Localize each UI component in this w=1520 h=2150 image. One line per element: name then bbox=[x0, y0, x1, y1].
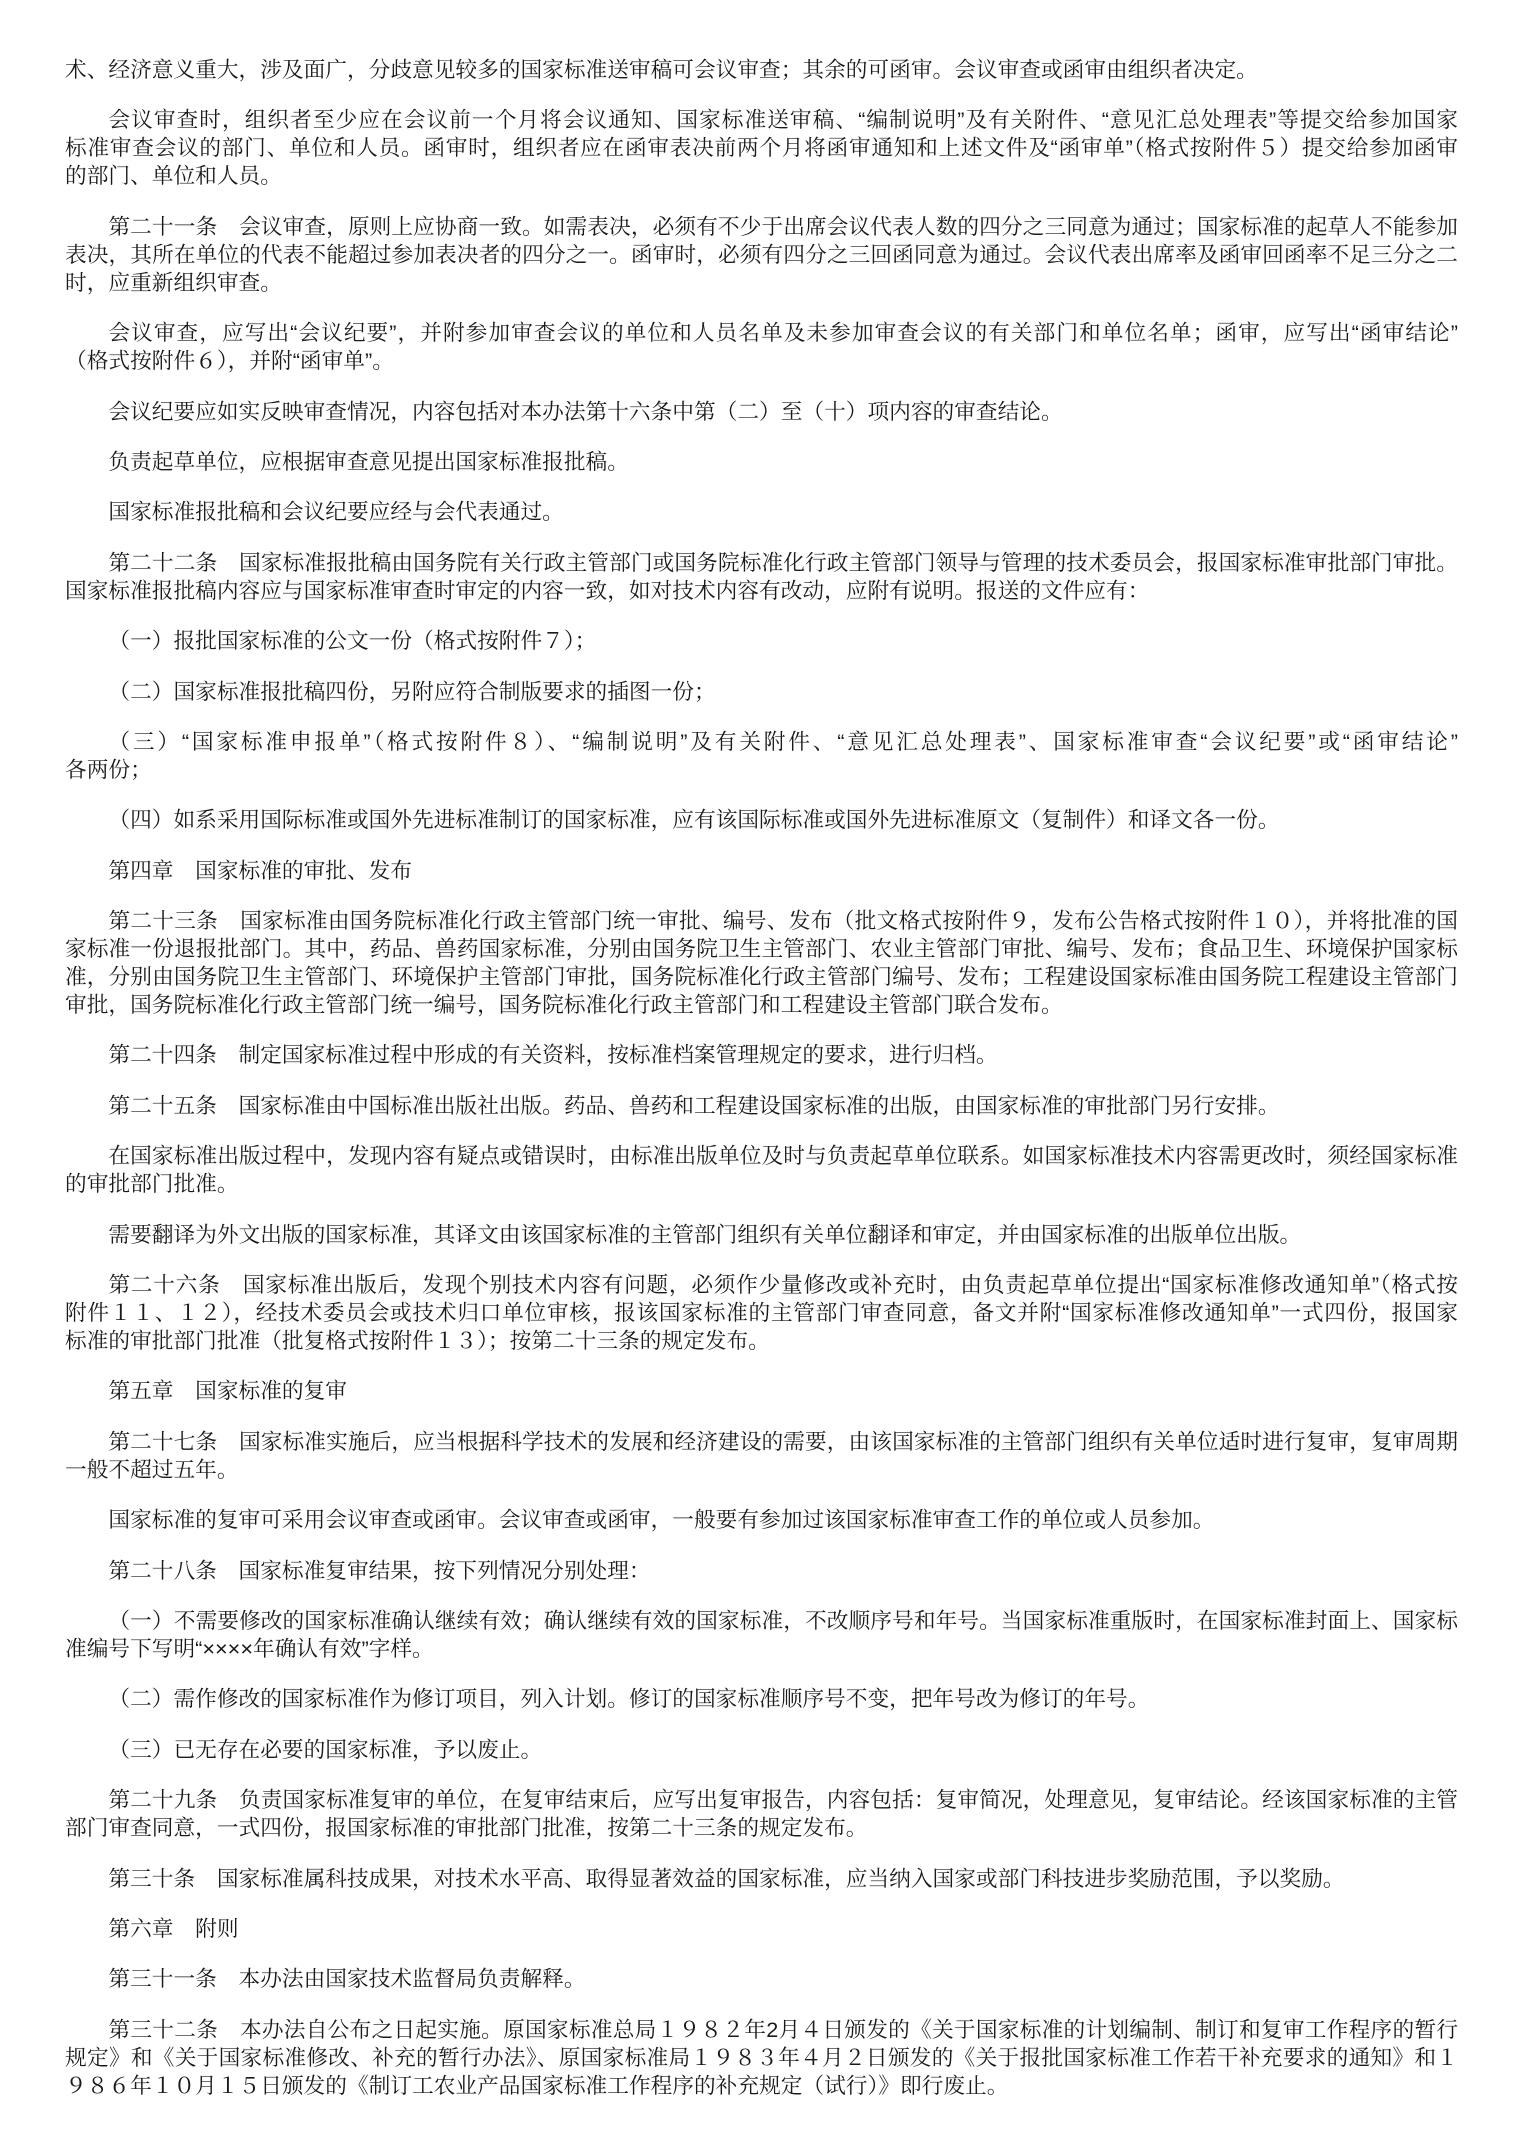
text-line: 时，应重新组织审查。 bbox=[65, 269, 1458, 297]
text-line: （四）如系采用国际标准或国外先进标准制订的国家标准，应有该国际标准或国外先进标准… bbox=[65, 806, 1458, 834]
text-line: 会议审查时，组织者至少应在会议前一个月将会议通知、国家标准送审稿、“编制说明”及… bbox=[65, 106, 1458, 134]
paragraph-translation: 需要翻译为外文出版的国家标准，其译文由该国家标准的主管部门组织有关单位翻译和审定… bbox=[65, 1221, 1458, 1249]
text-line: 国家标准的复审可采用会议审查或函审。会议审查或函审，一般要有参加过该国家标准审查… bbox=[65, 1506, 1458, 1534]
article-28-item-1: （一）不需要修改的国家标准确认继续有效；确认继续有效的国家标准，不改顺序号和年号… bbox=[65, 1607, 1458, 1663]
text-line: 第三十二条 本办法自公布之日起实施。原国家标准总局１９８２年2月４日颁发的《关于… bbox=[65, 2016, 1458, 2044]
article-31: 第三十一条 本办法由国家技术监督局负责解释。 bbox=[65, 1965, 1458, 1993]
paragraph-publishing-errors: 在国家标准出版过程中，发现内容有疑点或错误时，由标准出版单位及时与负责起草单位联… bbox=[65, 1142, 1458, 1198]
article-29: 第二十九条 负责国家标准复审的单位，在复审结束后，应写出复审报告，内容包括：复审… bbox=[65, 1786, 1458, 1842]
chapter-4-heading: 第四章 国家标准的审批、发布 bbox=[65, 857, 1458, 885]
text-line: 的审批部门批准。 bbox=[65, 1170, 1458, 1198]
text-line: 审批，国务院标准化行政主管部门统一编号，国务院标准化行政主管部门和工程建设主管部… bbox=[65, 991, 1458, 1019]
text-line: 表决，其所在单位的代表不能超过参加表决者的四分之一。函审时，必须有四分之三回函同… bbox=[65, 241, 1458, 269]
text-line: 第二十八条 国家标准复审结果，按下列情况分别处理： bbox=[65, 1557, 1458, 1585]
paragraph-review-notice: 会议审查时，组织者至少应在会议前一个月将会议通知、国家标准送审稿、“编制说明”及… bbox=[65, 106, 1458, 190]
text-line: （一）不需要修改的国家标准确认继续有效；确认继续有效的国家标准，不改顺序号和年号… bbox=[65, 1607, 1458, 1635]
text-line: 的部门、单位和人员。 bbox=[65, 162, 1458, 190]
chapter-5-heading: 第五章 国家标准的复审 bbox=[65, 1377, 1458, 1405]
text-line: 家标准一份退报批部门。其中，药品、兽药国家标准，分别由国务院卫生主管部门、农业主… bbox=[65, 935, 1458, 963]
paragraph-minutes-content: 会议纪要应如实反映审查情况，内容包括对本办法第十六条中第（二）至（十）项内容的审… bbox=[65, 398, 1458, 426]
article-26: 第二十六条 国家标准出版后，发现个别技术内容有问题，必须作少量修改或补充时，由负… bbox=[65, 1271, 1458, 1355]
text-line: 第二十六条 国家标准出版后，发现个别技术内容有问题，必须作少量修改或补充时，由负… bbox=[65, 1271, 1458, 1299]
text-line: 第六章 附则 bbox=[65, 1915, 1458, 1943]
article-28-item-2: （二）需作修改的国家标准作为修订项目，列入计划。修订的国家标准顺序号不变，把年号… bbox=[65, 1685, 1458, 1713]
text-line: 第二十五条 国家标准由中国标准出版社出版。药品、兽药和工程建设国家标准的出版，由… bbox=[65, 1092, 1458, 1120]
paragraph-approval-draft-pass: 国家标准报批稿和会议纪要应经与会代表通过。 bbox=[65, 498, 1458, 526]
text-line: 规定》和《关于国家标准修改、补充的暂行办法》、原国家标准局１９８３年４月２日颁发… bbox=[65, 2044, 1458, 2072]
text-line: （二）需作修改的国家标准作为修订项目，列入计划。修订的国家标准顺序号不变，把年号… bbox=[65, 1685, 1458, 1713]
paragraph-continuation: 术、经济意义重大，涉及面广，分歧意见较多的国家标准送审稿可会议审查；其余的可函审… bbox=[65, 56, 1458, 84]
text-line: 会议纪要应如实反映审查情况，内容包括对本办法第十六条中第（二）至（十）项内容的审… bbox=[65, 398, 1458, 426]
text-line: 第四章 国家标准的审批、发布 bbox=[65, 857, 1458, 885]
document-body: 术、经济意义重大，涉及面广，分歧意见较多的国家标准送审稿可会议审查；其余的可函审… bbox=[65, 56, 1458, 2100]
text-line: 各两份； bbox=[65, 756, 1458, 784]
text-line: 需要翻译为外文出版的国家标准，其译文由该国家标准的主管部门组织有关单位翻译和审定… bbox=[65, 1221, 1458, 1249]
text-line: 第二十二条 国家标准报批稿由国务院有关行政主管部门或国务院标准化行政主管部门领导… bbox=[65, 549, 1458, 577]
paragraph-meeting-minutes: 会议审查，应写出“会议纪要”，并附参加审查会议的单位和人员名单及未参加审查会议的… bbox=[65, 319, 1458, 375]
text-line: 一般不超过五年。 bbox=[65, 1456, 1458, 1484]
text-line: （三）已无存在必要的国家标准，予以废止。 bbox=[65, 1736, 1458, 1764]
text-line: 国家标准报批稿内容应与国家标准审查时审定的内容一致，如对技术内容有改动，应附有说… bbox=[65, 577, 1458, 605]
text-line: 会议审查，应写出“会议纪要”，并附参加审查会议的单位和人员名单及未参加审查会议的… bbox=[65, 319, 1458, 347]
text-line: 第二十四条 制定国家标准过程中形成的有关资料，按标准档案管理规定的要求，进行归档… bbox=[65, 1041, 1458, 1069]
text-line: 在国家标准出版过程中，发现内容有疑点或错误时，由标准出版单位及时与负责起草单位联… bbox=[65, 1142, 1458, 1170]
article-24: 第二十四条 制定国家标准过程中形成的有关资料，按标准档案管理规定的要求，进行归档… bbox=[65, 1041, 1458, 1069]
text-line: 准，分别由国务院卫生主管部门、环境保护主管部门审批，国务院标准化行政主管部门编号… bbox=[65, 963, 1458, 991]
text-line: 标准的审批部门批准（批复格式按附件１３）；按第二十三条的规定发布。 bbox=[65, 1327, 1458, 1355]
text-line: 第二十三条 国家标准由国务院标准化行政主管部门统一审批、编号、发布（批文格式按附… bbox=[65, 907, 1458, 935]
article-22-item-4: （四）如系采用国际标准或国外先进标准制订的国家标准，应有该国际标准或国外先进标准… bbox=[65, 806, 1458, 834]
text-line: 负责起草单位，应根据审查意见提出国家标准报批稿。 bbox=[65, 448, 1458, 476]
text-line: （一）报批国家标准的公文一份（格式按附件７）； bbox=[65, 627, 1458, 655]
paragraph-drafting-unit: 负责起草单位，应根据审查意见提出国家标准报批稿。 bbox=[65, 448, 1458, 476]
article-28-item-3: （三）已无存在必要的国家标准，予以废止。 bbox=[65, 1736, 1458, 1764]
paragraph-review-method: 国家标准的复审可采用会议审查或函审。会议审查或函审，一般要有参加过该国家标准审查… bbox=[65, 1506, 1458, 1534]
text-line: （二）国家标准报批稿四份，另附应符合制版要求的插图一份； bbox=[65, 678, 1458, 706]
article-25: 第二十五条 国家标准由中国标准出版社出版。药品、兽药和工程建设国家标准的出版，由… bbox=[65, 1092, 1458, 1120]
article-22-item-3: （三）“国家标准申报单”（格式按附件８）、“编制说明”及有关附件、“意见汇总处理… bbox=[65, 728, 1458, 784]
article-22-item-1: （一）报批国家标准的公文一份（格式按附件７）； bbox=[65, 627, 1458, 655]
article-23: 第二十三条 国家标准由国务院标准化行政主管部门统一审批、编号、发布（批文格式按附… bbox=[65, 907, 1458, 1019]
text-line: 第二十一条 会议审查，原则上应协商一致。如需表决，必须有不少于出席会议代表人数的… bbox=[65, 213, 1458, 241]
text-line: 部门审查同意，一式四份，报国家标准的审批部门批准，按第二十三条的规定发布。 bbox=[65, 1814, 1458, 1842]
article-28: 第二十八条 国家标准复审结果，按下列情况分别处理： bbox=[65, 1557, 1458, 1585]
text-line: （三）“国家标准申报单”（格式按附件８）、“编制说明”及有关附件、“意见汇总处理… bbox=[65, 728, 1458, 756]
text-line: 术、经济意义重大，涉及面广，分歧意见较多的国家标准送审稿可会议审查；其余的可函审… bbox=[65, 56, 1458, 84]
text-line: 第三十条 国家标准属科技成果，对技术水平高、取得显著效益的国家标准，应当纳入国家… bbox=[65, 1865, 1458, 1893]
article-32: 第三十二条 本办法自公布之日起实施。原国家标准总局１９８２年2月４日颁发的《关于… bbox=[65, 2016, 1458, 2100]
text-line: 准编号下写明“××××年确认有效”字样。 bbox=[65, 1635, 1458, 1663]
article-30: 第三十条 国家标准属科技成果，对技术水平高、取得显著效益的国家标准，应当纳入国家… bbox=[65, 1865, 1458, 1893]
chapter-6-heading: 第六章 附则 bbox=[65, 1915, 1458, 1943]
article-22: 第二十二条 国家标准报批稿由国务院有关行政主管部门或国务院标准化行政主管部门领导… bbox=[65, 549, 1458, 605]
document-page: 术、经济意义重大，涉及面广，分歧意见较多的国家标准送审稿可会议审查；其余的可函审… bbox=[0, 0, 1520, 2150]
article-21: 第二十一条 会议审查，原则上应协商一致。如需表决，必须有不少于出席会议代表人数的… bbox=[65, 213, 1458, 297]
text-line: （格式按附件６），并附“函审单”。 bbox=[65, 347, 1458, 375]
text-line: 附件１１、１２），经技术委员会或技术归口单位审核，报该国家标准的主管部门审查同意… bbox=[65, 1299, 1458, 1327]
article-22-item-2: （二）国家标准报批稿四份，另附应符合制版要求的插图一份； bbox=[65, 678, 1458, 706]
text-line: 第三十一条 本办法由国家技术监督局负责解释。 bbox=[65, 1965, 1458, 1993]
text-line: 国家标准报批稿和会议纪要应经与会代表通过。 bbox=[65, 498, 1458, 526]
article-27: 第二十七条 国家标准实施后，应当根据科学技术的发展和经济建设的需要，由该国家标准… bbox=[65, 1428, 1458, 1484]
text-line: 第五章 国家标准的复审 bbox=[65, 1377, 1458, 1405]
text-line: 第二十七条 国家标准实施后，应当根据科学技术的发展和经济建设的需要，由该国家标准… bbox=[65, 1428, 1458, 1456]
text-line: ９８６年１０月１５日颁发的《制订工农业产品国家标准工作程序的补充规定（试行）》即… bbox=[65, 2072, 1458, 2100]
text-line: 第二十九条 负责国家标准复审的单位，在复审结束后，应写出复审报告，内容包括：复审… bbox=[65, 1786, 1458, 1814]
text-line: 标准审查会议的部门、单位和人员。函审时，组织者应在函审表决前两个月将函审通知和上… bbox=[65, 134, 1458, 162]
